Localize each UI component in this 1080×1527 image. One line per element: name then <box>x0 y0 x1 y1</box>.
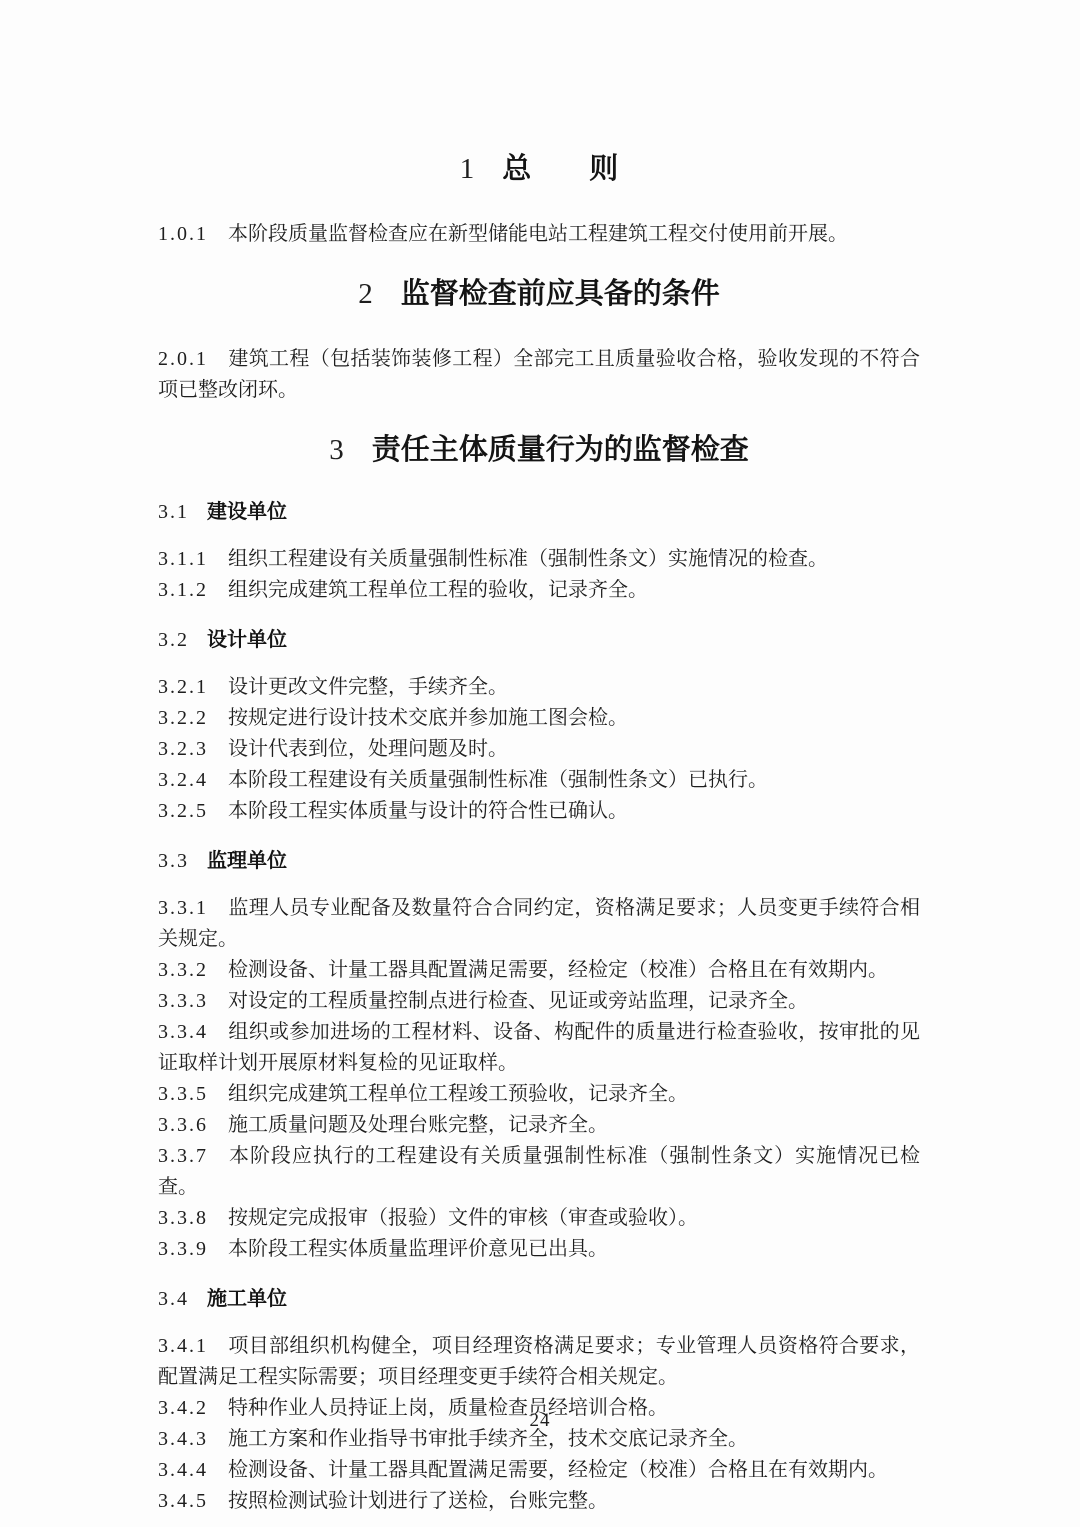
clause-3-3-7-text: 本阶段应执行的工程建设有关质量强制性标准（强制性条文）实施情况已检查。 <box>158 1145 920 1198</box>
clause-3-3-2-text: 检测设备、计量工器具配置满足需要，经检定（校准）合格且在有效期内。 <box>228 959 888 981</box>
clause-1-0-1-text: 本阶段质量监督检查应在新型储能电站工程建筑工程交付使用前开展。 <box>228 223 848 245</box>
clause-3-1-1-number: 3.1.1 <box>158 548 208 570</box>
clause-3-2-2-number: 3.2.2 <box>158 707 208 729</box>
clause-3-3-9-number: 3.3.9 <box>158 1238 208 1260</box>
clause-2-0-1: 2.0.1建筑工程（包括装饰装修工程）全部完工且质量验收合格，验收发现的不符合项… <box>158 344 920 406</box>
clause-2-0-1-number: 2.0.1 <box>158 348 208 370</box>
clause-3-3-5: 3.3.5组织完成建筑工程单位工程竣工预验收，记录齐全。 <box>158 1079 920 1110</box>
clause-3-4-1-number: 3.4.1 <box>158 1335 208 1357</box>
clause-3-1-1: 3.1.1组织工程建设有关质量强制性标准（强制性条文）实施情况的检查。 <box>158 544 920 575</box>
section-3-3-title: 监理单位 <box>207 850 287 872</box>
section-3-4-number: 3.4 <box>158 1288 189 1310</box>
clause-3-4-4: 3.4.4检测设备、计量工器具配置满足需要，经检定（校准）合格且在有效期内。 <box>158 1455 920 1486</box>
chapter-1-heading: 1总 则 <box>158 150 920 188</box>
clause-2-0-1-text: 建筑工程（包括装饰装修工程）全部完工且质量验收合格，验收发现的不符合项已整改闭环… <box>158 348 920 401</box>
clause-3-2-2-text: 按规定进行设计技术交底并参加施工图会检。 <box>228 707 628 729</box>
clause-3-3-9-text: 本阶段工程实体质量监理评价意见已出具。 <box>228 1238 608 1260</box>
clause-3-2-5: 3.2.5本阶段工程实体质量与设计的符合性已确认。 <box>158 796 920 827</box>
chapter-3-title: 责任主体质量行为的监督检查 <box>372 434 749 466</box>
clause-3-4-4-text: 检测设备、计量工器具配置满足需要，经检定（校准）合格且在有效期内。 <box>228 1459 888 1481</box>
clause-3-1-2: 3.1.2组织完成建筑工程单位工程的验收，记录齐全。 <box>158 575 920 606</box>
clause-3-3-5-text: 组织完成建筑工程单位工程竣工预验收，记录齐全。 <box>228 1083 688 1105</box>
clause-3-4-1-text: 项目部组织机构健全，项目经理资格满足要求；专业管理人员资格符合要求，配置满足工程… <box>158 1335 920 1388</box>
clause-3-3-4: 3.3.4组织或参加进场的工程材料、设备、构配件的质量进行检查验收，按审批的见证… <box>158 1017 920 1079</box>
chapter-2-title: 监督检查前应具备的条件 <box>401 278 720 310</box>
section-3-3-number: 3.3 <box>158 850 189 872</box>
clause-3-3-1-number: 3.3.1 <box>158 897 208 919</box>
clause-3-2-5-number: 3.2.5 <box>158 800 208 822</box>
clause-3-3-7-number: 3.3.7 <box>158 1145 208 1167</box>
clause-3-3-6-number: 3.3.6 <box>158 1114 208 1136</box>
document-page: 1总 则 1.0.1本阶段质量监督检查应在新型储能电站工程建筑工程交付使用前开展… <box>0 0 1080 1527</box>
clause-3-3-8: 3.3.8按规定完成报审（报验）文件的审核（审查或验收）。 <box>158 1203 920 1234</box>
chapter-3-heading: 3责任主体质量行为的监督检查 <box>158 431 920 469</box>
clause-3-3-8-number: 3.3.8 <box>158 1207 208 1229</box>
clause-3-2-1-text: 设计更改文件完整，手续齐全。 <box>228 676 508 698</box>
clause-3-3-3-number: 3.3.3 <box>158 990 208 1012</box>
clause-3-4-1: 3.4.1项目部组织机构健全，项目经理资格满足要求；专业管理人员资格符合要求，配… <box>158 1331 920 1393</box>
chapter-2-heading: 2监督检查前应具备的条件 <box>158 275 920 313</box>
clause-3-3-1-text: 监理人员专业配备及数量符合合同约定，资格满足要求；人员变更手续符合相关规定。 <box>158 897 920 950</box>
clause-3-2-5-text: 本阶段工程实体质量与设计的符合性已确认。 <box>228 800 628 822</box>
clause-3-3-3-text: 对设定的工程质量控制点进行检查、见证或旁站监理，记录齐全。 <box>228 990 808 1012</box>
clause-3-3-8-text: 按规定完成报审（报验）文件的审核（审查或验收）。 <box>228 1207 698 1229</box>
clause-3-2-3: 3.2.3设计代表到位，处理问题及时。 <box>158 734 920 765</box>
clause-3-3-1: 3.3.1监理人员专业配备及数量符合合同约定，资格满足要求；人员变更手续符合相关… <box>158 893 920 955</box>
clause-3-3-2-number: 3.3.2 <box>158 959 208 981</box>
clause-3-2-3-text: 设计代表到位，处理问题及时。 <box>228 738 508 760</box>
chapter-3-number: 3 <box>329 434 344 466</box>
clause-3-3-9: 3.3.9本阶段工程实体质量监理评价意见已出具。 <box>158 1234 920 1265</box>
section-3-1-heading: 3.1建设单位 <box>158 500 920 524</box>
clause-3-2-1-number: 3.2.1 <box>158 676 208 698</box>
chapter-1-title: 总 则 <box>502 153 618 185</box>
clause-3-2-3-number: 3.2.3 <box>158 738 208 760</box>
clause-3-3-4-text: 组织或参加进场的工程材料、设备、构配件的质量进行检查验收，按审批的见证取样计划开… <box>158 1021 920 1074</box>
clause-3-1-2-text: 组织完成建筑工程单位工程的验收，记录齐全。 <box>228 579 648 601</box>
section-3-2-heading: 3.2设计单位 <box>158 628 920 652</box>
clause-3-4-4-number: 3.4.4 <box>158 1459 208 1481</box>
clause-3-2-1: 3.2.1设计更改文件完整，手续齐全。 <box>158 672 920 703</box>
chapter-2-number: 2 <box>358 278 373 310</box>
clause-1-0-1-number: 1.0.1 <box>158 223 208 245</box>
section-3-4-title: 施工单位 <box>207 1288 287 1310</box>
section-3-1-number: 3.1 <box>158 501 189 523</box>
clause-3-3-6-text: 施工质量问题及处理台账完整，记录齐全。 <box>228 1114 608 1136</box>
clause-3-4-5: 3.4.5按照检测试验计划进行了送检，台账完整。 <box>158 1486 920 1517</box>
clause-3-2-4-text: 本阶段工程建设有关质量强制性标准（强制性条文）已执行。 <box>228 769 768 791</box>
clause-3-3-3: 3.3.3对设定的工程质量控制点进行检查、见证或旁站监理，记录齐全。 <box>158 986 920 1017</box>
clause-3-2-4-number: 3.2.4 <box>158 769 208 791</box>
clause-3-2-2: 3.2.2按规定进行设计技术交底并参加施工图会检。 <box>158 703 920 734</box>
clause-3-1-2-number: 3.1.2 <box>158 579 208 601</box>
section-3-3-heading: 3.3监理单位 <box>158 849 920 873</box>
clause-3-3-7: 3.3.7本阶段应执行的工程建设有关质量强制性标准（强制性条文）实施情况已检查。 <box>158 1141 920 1203</box>
chapter-1-number: 1 <box>460 153 475 185</box>
page-number: 24 <box>0 1410 1080 1432</box>
clause-3-3-6: 3.3.6施工质量问题及处理台账完整，记录齐全。 <box>158 1110 920 1141</box>
clause-1-0-1: 1.0.1本阶段质量监督检查应在新型储能电站工程建筑工程交付使用前开展。 <box>158 219 920 250</box>
section-3-4-heading: 3.4施工单位 <box>158 1287 920 1311</box>
clause-3-2-4: 3.2.4本阶段工程建设有关质量强制性标准（强制性条文）已执行。 <box>158 765 920 796</box>
clause-3-4-5-text: 按照检测试验计划进行了送检，台账完整。 <box>228 1490 608 1512</box>
section-3-2-title: 设计单位 <box>207 629 287 651</box>
clause-3-4-5-number: 3.4.5 <box>158 1490 208 1512</box>
section-3-1-title: 建设单位 <box>207 501 287 523</box>
clause-3-3-4-number: 3.3.4 <box>158 1021 208 1043</box>
section-3-2-number: 3.2 <box>158 629 189 651</box>
clause-3-3-2: 3.3.2检测设备、计量工器具配置满足需要，经检定（校准）合格且在有效期内。 <box>158 955 920 986</box>
clause-3-1-1-text: 组织工程建设有关质量强制性标准（强制性条文）实施情况的检查。 <box>228 548 828 570</box>
clause-3-3-5-number: 3.3.5 <box>158 1083 208 1105</box>
